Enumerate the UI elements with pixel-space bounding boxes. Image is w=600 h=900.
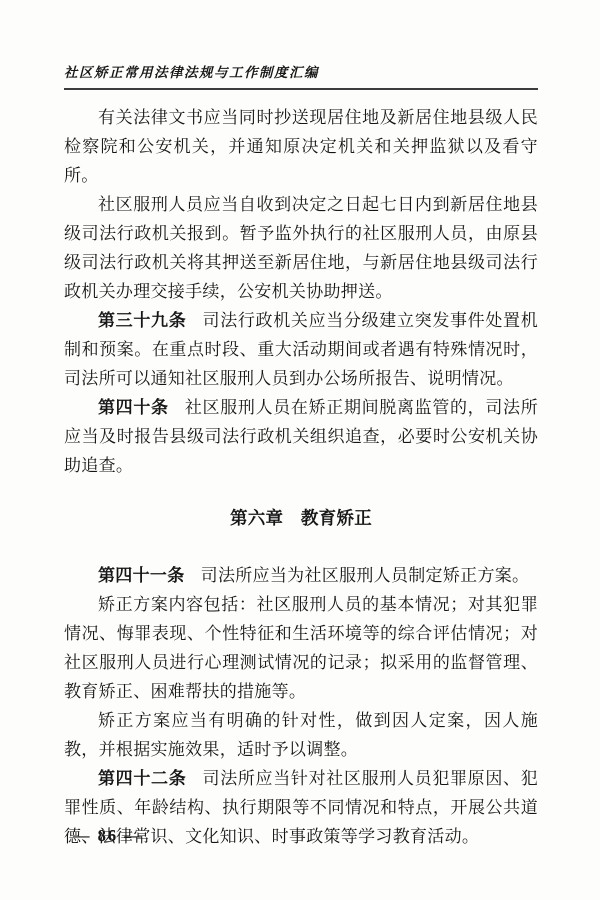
paragraph-text: 司法所应当为社区服刑人员制定矫正方案。 bbox=[201, 566, 530, 585]
article-lead: 第四十一条 bbox=[98, 566, 185, 585]
chapter-heading: 第六章教育矫正 bbox=[64, 504, 538, 533]
paragraph-text: 矫正方案内容包括：社区服刑人员的基本情况；对其犯罪情况、悔罪表现、个性特征和生活… bbox=[64, 595, 538, 701]
article-lead: 第三十九条 bbox=[98, 311, 186, 330]
paragraph: 第四十条社区服刑人员在矫正期间脱离监管的，司法所应当及时报告县级司法行政机关组织… bbox=[64, 393, 538, 480]
paragraph: 有关法律文书应当同时抄送现居住地及新居住地县级人民检察院和公安机关，并通知原决定… bbox=[64, 103, 538, 190]
document-page: 社区矫正常用法律法规与工作制度汇编 有关法律文书应当同时抄送现居住地及新居住地县… bbox=[0, 0, 600, 900]
paragraph: 矫正方案应当有明确的针对性，做到因人定案，因人施教，并根据实施效果，适时予以调整… bbox=[64, 706, 538, 764]
book-title: 社区矫正常用法律法规与工作制度汇编 bbox=[64, 61, 538, 81]
page-body: 有关法律文书应当同时抄送现居住地及新居住地县级人民检察院和公安机关，并通知原决定… bbox=[64, 103, 538, 851]
paragraph: 第三十九条司法行政机关应当分级建立突发事件处置机制和预案。在重点时段、重大活动期… bbox=[64, 306, 538, 393]
article-lead: 第四十条 bbox=[98, 398, 169, 417]
paragraph: 社区服刑人员应当自收到决定之日起七日内到新居住地县级司法行政机关报到。暂予监外执… bbox=[64, 190, 538, 306]
article-lead: 第四十二条 bbox=[98, 769, 186, 788]
page-number: — 86 — bbox=[73, 826, 143, 846]
chapter-number: 第六章 bbox=[230, 508, 283, 528]
paragraph-text: 社区服刑人员应当自收到决定之日起七日内到新居住地县级司法行政机关报到。暂予监外执… bbox=[64, 195, 538, 301]
paragraph-text: 矫正方案应当有明确的针对性，做到因人定案，因人施教，并根据实施效果，适时予以调整… bbox=[64, 711, 538, 759]
running-header: 社区矫正常用法律法规与工作制度汇编 bbox=[64, 61, 538, 98]
paragraph: 矫正方案内容包括：社区服刑人员的基本情况；对其犯罪情况、悔罪表现、个性特征和生活… bbox=[64, 590, 538, 706]
paragraph: 第四十一条司法所应当为社区服刑人员制定矫正方案。 bbox=[64, 561, 538, 590]
chapter-title: 教育矫正 bbox=[301, 508, 372, 528]
paragraph-text: 有关法律文书应当同时抄送现居住地及新居住地县级人民检察院和公安机关，并通知原决定… bbox=[64, 108, 538, 185]
header-rule bbox=[64, 88, 538, 90]
